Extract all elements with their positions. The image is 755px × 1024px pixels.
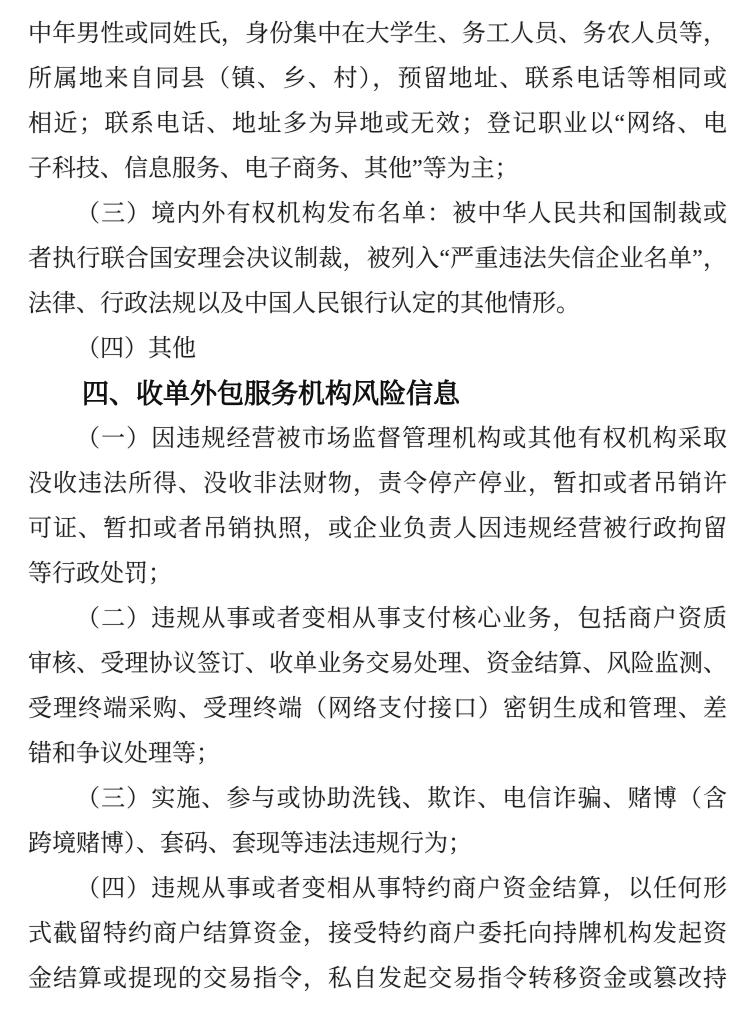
text-line: 错和争议处理等； bbox=[28, 732, 727, 777]
text-line: 子科技、信息服务、电子商务、其他”等为主； bbox=[28, 147, 727, 192]
text-line: 审核、受理协议签订、收单业务交易处理、资金结算、风险监测、 bbox=[28, 642, 727, 687]
text-line: 可证、暂扣或者吊销执照，或企业负责人因违规经营被行政拘留 bbox=[28, 507, 727, 552]
document-page: 中年男性或同姓氏，身份集中在大学生、务工人员、务农人员等，所属地来自同县（镇、乡… bbox=[0, 0, 755, 1024]
text-line: （一）因违规经营被市场监督管理机构或其他有权机构采取 bbox=[28, 417, 727, 462]
text-line: 跨境赌博）、套码、套现等违法违规行为； bbox=[28, 822, 727, 867]
text-line: 式截留特约商户结算资金，接受特约商户委托向持牌机构发起资 bbox=[28, 912, 727, 957]
paragraph: （三）境内外有权机构发布名单：被中华人民共和国制裁或者执行联合国安理会决议制裁，… bbox=[28, 192, 727, 327]
paragraph: （四）违规从事或者变相从事特约商户资金结算，以任何形式截留特约商户结算资金，接受… bbox=[28, 867, 727, 1002]
text-line: 所属地来自同县（镇、乡、村），预留地址、联系电话等相同或 bbox=[28, 57, 727, 102]
text-line: 相近；联系电话、地址多为异地或无效；登记职业以“网络、电 bbox=[28, 102, 727, 147]
paragraph: （四）其他 bbox=[28, 327, 727, 372]
text-line: （四）违规从事或者变相从事特约商户资金结算，以任何形 bbox=[28, 867, 727, 912]
text-line: 法律、行政法规以及中国人民银行认定的其他情形。 bbox=[28, 282, 727, 327]
text-line: 没收违法所得、没收非法财物，责令停产停业，暂扣或者吊销许 bbox=[28, 462, 727, 507]
paragraph: （三）实施、参与或协助洗钱、欺诈、电信诈骗、赌博（含跨境赌博）、套码、套现等违法… bbox=[28, 777, 727, 867]
document-content: 中年男性或同姓氏，身份集中在大学生、务工人员、务农人员等，所属地来自同县（镇、乡… bbox=[0, 0, 755, 1002]
text-line: （四）其他 bbox=[28, 327, 727, 372]
text-line: （三）实施、参与或协助洗钱、欺诈、电信诈骗、赌博（含 bbox=[28, 777, 727, 822]
text-line: 受理终端采购、受理终端（网络支付接口）密钥生成和管理、差 bbox=[28, 687, 727, 732]
text-line: （三）境内外有权机构发布名单：被中华人民共和国制裁或 bbox=[28, 192, 727, 237]
text-line: 等行政处罚； bbox=[28, 552, 727, 597]
text-line: 者执行联合国安理会决议制裁，被列入“严重违法失信企业名单”， bbox=[28, 237, 727, 282]
text-line: （二）违规从事或者变相从事支付核心业务，包括商户资质 bbox=[28, 597, 727, 642]
paragraph: （一）因违规经营被市场监督管理机构或其他有权机构采取没收违法所得、没收非法财物，… bbox=[28, 417, 727, 597]
paragraph: 中年男性或同姓氏，身份集中在大学生、务工人员、务农人员等，所属地来自同县（镇、乡… bbox=[28, 12, 727, 192]
text-line: 金结算或提现的交易指令，私自发起交易指令转移资金或篡改持 bbox=[28, 957, 727, 1002]
section-heading: 四、收单外包服务机构风险信息 bbox=[28, 372, 727, 417]
text-line: 中年男性或同姓氏，身份集中在大学生、务工人员、务农人员等， bbox=[28, 12, 727, 57]
paragraph: （二）违规从事或者变相从事支付核心业务，包括商户资质审核、受理协议签订、收单业务… bbox=[28, 597, 727, 777]
text-line: 四、收单外包服务机构风险信息 bbox=[28, 372, 727, 417]
